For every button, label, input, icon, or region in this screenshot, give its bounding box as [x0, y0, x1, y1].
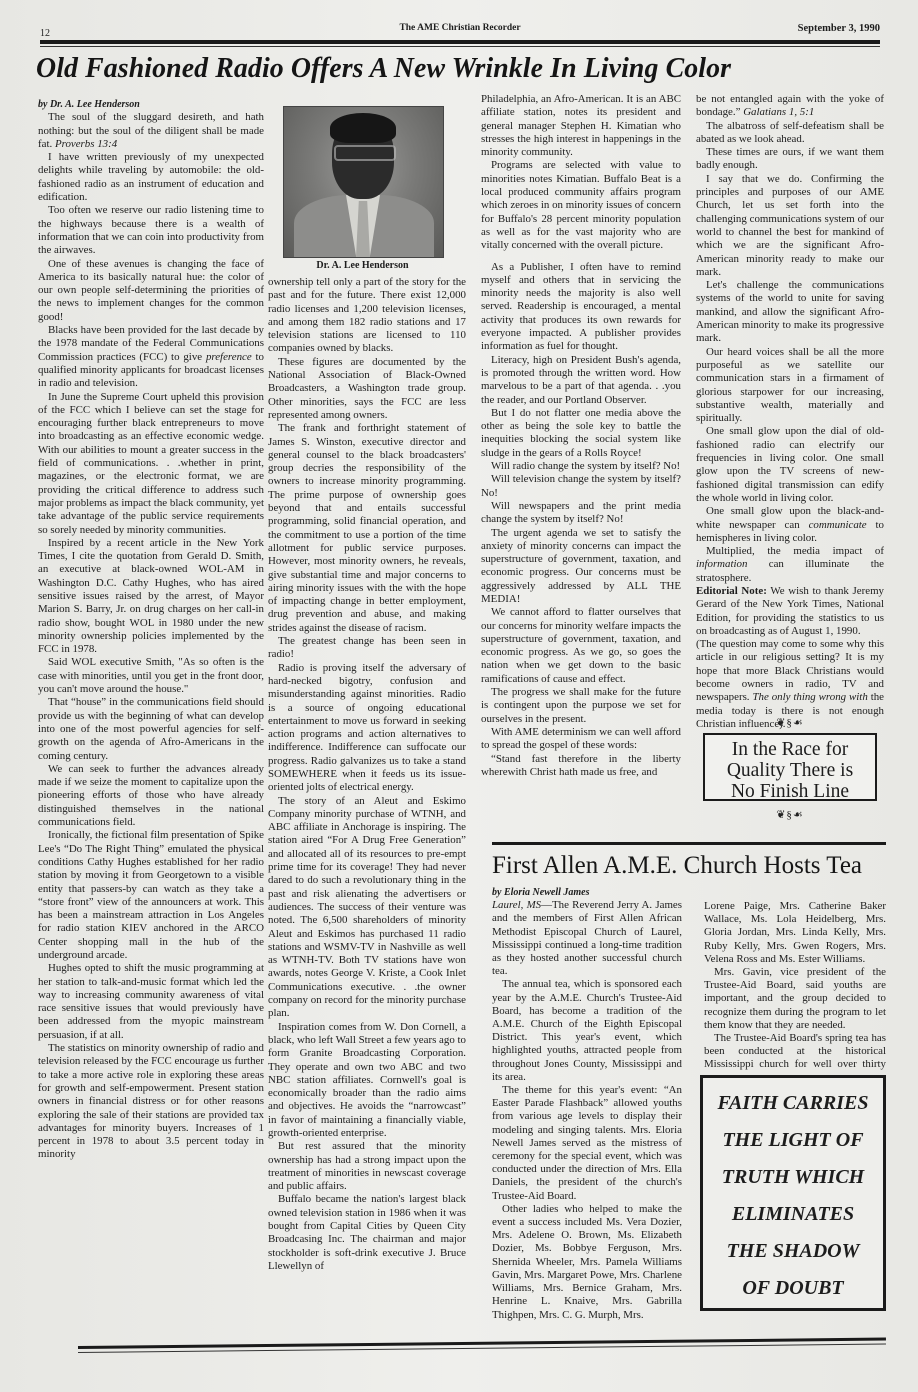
paragraph: Programs are selected with value to mino…: [481, 159, 681, 252]
article-headline: Old Fashioned Radio Offers A New Wrinkle…: [36, 52, 852, 85]
paragraph: The soul of the sluggard desireth, and h…: [38, 111, 264, 151]
scripture-reference: Proverbs 13:4: [55, 138, 117, 150]
paragraph: Radio is proving itself the adversary of…: [268, 662, 466, 795]
paragraph: Will television change the system by its…: [481, 473, 681, 500]
paragraph: The frank and forthright statement of Ja…: [268, 422, 466, 635]
paragraph: Said WOL executive Smith, "As so often i…: [38, 656, 264, 696]
paragraph: Inspired by a recent article in the New …: [38, 537, 264, 657]
newspaper-page: 12 The AME Christian Recorder September …: [0, 0, 918, 1392]
paragraph: These figures are documented by the Nati…: [268, 356, 466, 422]
article-column-4: be not entangled again with the yoke of …: [696, 93, 884, 731]
paragraph: Will newspapers and the print media chan…: [481, 500, 681, 527]
article-column-2: ownership tell only a part of the story …: [268, 276, 466, 1273]
paragraph: One small glow upon the dial of old-fash…: [696, 425, 884, 505]
paragraph: We can seek to further the advances alre…: [38, 763, 264, 829]
author-photo: [283, 106, 444, 258]
scripture-reference: Galatians 1, 5:1: [743, 106, 814, 118]
faith-slogan-box: FAITH CARRIES THE LIGHT OF TRUTH WHICH E…: [700, 1075, 886, 1311]
dateline: Laurel, MS: [492, 899, 541, 911]
paragraph: In June the Supreme Court upheld this pr…: [38, 391, 264, 537]
paragraph: Inspiration comes from W. Don Cornell, a…: [268, 1021, 466, 1141]
paragraph: Ironically, the fictional film presentat…: [38, 829, 264, 962]
section-rule: [492, 842, 886, 845]
paragraph: The statistics on minority ownership of …: [38, 1042, 264, 1162]
paragraph: The story of an Aleut and Eskimo Company…: [268, 795, 466, 1021]
paragraph: I say that we do. Confirming the princip…: [696, 173, 884, 279]
ornament-divider-icon: ❦§☙: [740, 716, 840, 729]
paragraph: The annual tea, which is sponsored each …: [492, 978, 682, 1084]
paragraph: Other ladies who helped to make the even…: [492, 1203, 682, 1322]
paragraph: But I do not flatter one media above the…: [481, 407, 681, 460]
article-column-1: by Dr. A. Lee Henderson The soul of the …: [38, 98, 264, 1162]
paragraph: The theme for this year's event: “An Eas…: [492, 1084, 682, 1203]
ornament-divider-icon: ❦§☙: [740, 808, 840, 821]
paragraph: With AME determinism we can well afford …: [481, 726, 681, 753]
paragraph: The greatest change has been seen in rad…: [268, 635, 466, 662]
masthead-rule: [40, 40, 880, 44]
paragraph: ownership tell only a part of the story …: [268, 276, 466, 356]
quality-slogan-box: In the Race for Quality There is No Fini…: [703, 733, 877, 801]
publication-name: The AME Christian Recorder: [40, 23, 880, 33]
article-column-3: Philadelphia, an Afro-American. It is an…: [481, 93, 681, 779]
masthead-rule-thin: [40, 46, 880, 47]
issue-date: September 3, 1990: [798, 23, 880, 34]
paragraph: As a Publisher, I often have to remind m…: [481, 261, 681, 354]
paragraph: Philadelphia, an Afro-American. It is an…: [481, 93, 681, 159]
article2-column-2: Lorene Paige, Mrs. Catherine Baker Walla…: [704, 900, 886, 1085]
paragraph: Mrs. Gavin, vice president of the Truste…: [704, 966, 886, 1032]
paragraph: Lorene Paige, Mrs. Catherine Baker Walla…: [704, 900, 886, 966]
paragraph: But rest assured that the minority owner…: [268, 1140, 466, 1193]
paragraph: The urgent agenda we set to satisfy the …: [481, 527, 681, 607]
paragraph: The albatross of self-defeatism shall be…: [696, 120, 884, 147]
paragraph: Multiplied, the media impact of informat…: [696, 545, 884, 585]
paragraph: Laurel, MS—The Reverend Jerry A. James a…: [492, 899, 682, 978]
editorial-note: Editorial Note: We wish to thank Jeremy …: [696, 585, 884, 638]
paragraph: One small glow upon the black-and-white …: [696, 505, 884, 545]
paragraph: That “house” in the communications field…: [38, 696, 264, 762]
paragraph: be not entangled again with the yoke of …: [696, 93, 884, 120]
masthead: 12 The AME Christian Recorder September …: [40, 22, 880, 40]
paragraph: Too often we reserve our radio listening…: [38, 204, 264, 257]
paragraph: Let's challenge the communications syste…: [696, 279, 884, 345]
paragraph: We cannot afford to flatter ourselves th…: [481, 606, 681, 686]
paragraph: Blacks have been provided for the last d…: [38, 324, 264, 390]
paragraph: These times are ours, if we want them ba…: [696, 146, 884, 173]
article-headline-2: First Allen A.M.E. Church Hosts Tea: [492, 852, 892, 880]
paragraph: Will radio change the system by itself? …: [481, 460, 681, 473]
paragraph: I have written previously of my unexpect…: [38, 151, 264, 204]
paragraph: Hughes opted to shift the music programm…: [38, 962, 264, 1042]
paragraph: Literacy, high on President Bush's agend…: [481, 354, 681, 407]
paragraph: One of these avenues is changing the fac…: [38, 258, 264, 324]
article2-column-1: by Eloria Newell James Laurel, MS—The Re…: [492, 886, 682, 1322]
byline: by Dr. A. Lee Henderson: [38, 98, 264, 111]
paragraph: Our heard voices shall be all the more p…: [696, 346, 884, 426]
paragraph: Buffalo became the nation's largest blac…: [268, 1193, 466, 1273]
byline: by Eloria Newell James: [492, 886, 682, 899]
paragraph: The progress we shall make for the futur…: [481, 686, 681, 726]
paragraph: “Stand fast therefore in the liberty whe…: [481, 753, 681, 780]
photo-caption: Dr. A. Lee Henderson: [283, 260, 442, 271]
